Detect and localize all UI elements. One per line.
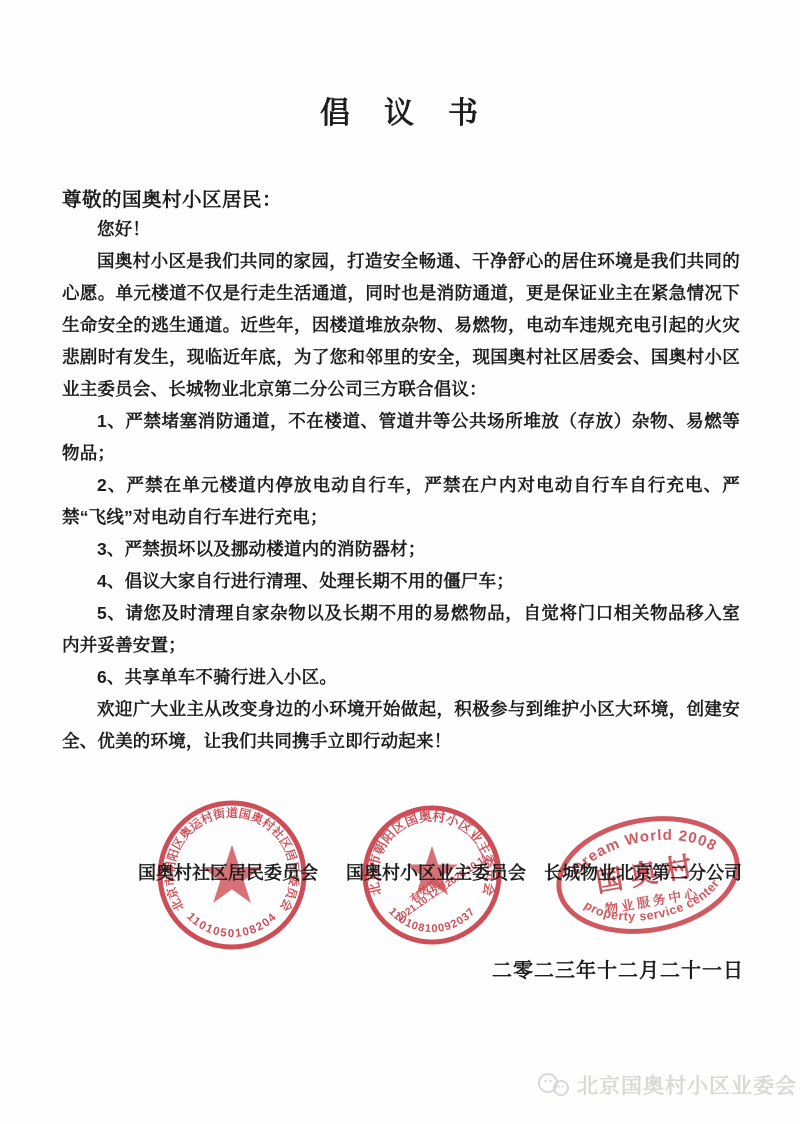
proposal-item-3: 3、严禁损坏以及挪动楼道内的消防器材； (62, 533, 740, 565)
watermark: 北京国奥村小区业委会 (536, 1070, 797, 1100)
proposal-item-2: 2、严禁在单元楼道内停放电动自行车，严禁在户内对电动自行车自行充电、严禁“飞线”… (62, 469, 740, 533)
seal1-code-text: 1101050108204 (184, 911, 279, 940)
svg-text:11010810092037: 11010810092037 (386, 906, 478, 936)
svg-text:1101050108204: 1101050108204 (184, 911, 279, 940)
watermark-logo-icon (536, 1070, 572, 1100)
document-body: 您好！ 国奥村小区是我们共同的家园，打造安全畅通、干净舒心的居住环境是我们共同的… (62, 213, 740, 757)
signatory-owners-committee: 国奥村小区业主委员会 (346, 859, 526, 885)
seal2-code-text: 11010810092037 (386, 906, 478, 936)
proposal-item-1: 1、严禁堵塞消防通道，不在楼道、管道井等公共场所堆放（存放）杂物、易燃等物品； (62, 405, 740, 469)
document-date: 二零二三年十二月二十一日 (492, 954, 744, 983)
greeting-line: 您好！ (62, 213, 740, 245)
signatory-property-company: 长城物业北京第二分公司 (544, 859, 742, 885)
watermark-text: 北京国奥村小区业委会 (577, 1070, 797, 1100)
intro-paragraph: 国奥村小区是我们共同的家园，打造安全畅通、干净舒心的居住环境是我们共同的心愿。单… (62, 245, 740, 405)
document-title: 倡 议 书 (0, 88, 800, 132)
signatory-residents-committee: 国奥村社区居民委员会 (138, 859, 318, 885)
proposal-item-5: 5、请您及时清理自家杂物以及长期不用的易燃物品，自觉将门口相关物品移入室内并妥善… (62, 597, 740, 661)
proposal-item-4: 4、倡议大家自行进行清理、处理长期不用的僵尸车； (62, 565, 740, 597)
proposal-item-6: 6、共享单车不骑行进入小区。 (62, 661, 740, 693)
proposal-document-page: 倡 议 书 尊敬的国奥村小区居民： 您好！ 国奥村小区是我们共同的家园，打造安全… (0, 0, 800, 1124)
closing-paragraph: 欢迎广大业主从改变身边的小环境开始做起，积极参与到维护小区大环境，创建安全、优美… (62, 693, 740, 757)
salutation: 尊敬的国奥村小区居民： (62, 184, 282, 212)
